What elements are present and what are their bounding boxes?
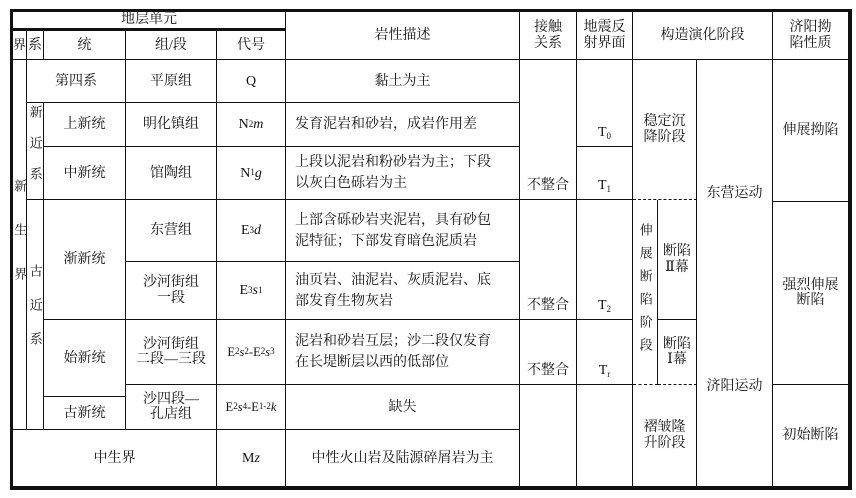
cell-formation-guantao: 馆陶组 (126, 147, 217, 200)
header-seismic: 地震反 射界面 (577, 12, 633, 60)
cell-stage-extensional-rifting: 伸展断陷阶段 (633, 200, 658, 385)
cell-contact-empty (520, 385, 577, 487)
header-contact: 接触 关系 (520, 12, 577, 60)
cell-series-paleocene: 古新统 (44, 397, 126, 430)
cell-code-shahejie-23: E2s2-E2s3 (217, 320, 286, 385)
cell-lithology-minghuazhen: 发育泥岩和砂岩，成岩作用差 (286, 103, 520, 147)
cell-series-oligocene: 渐新统 (44, 200, 126, 320)
label-dongying-movement: 东营运动 (697, 186, 772, 203)
cell-nature-extension-sag: 伸展拗陷 (773, 60, 849, 202)
cell-system-quaternary: 第四系 (27, 60, 126, 103)
cell-series-miocene: 中新统 (44, 147, 126, 200)
header-formation: 组/段 (126, 31, 217, 60)
cell-rift-episode-2: 断陷 Ⅱ幕 (658, 200, 697, 320)
cell-stage-stable-subsidence: 稳定沉 降阶段 (633, 60, 697, 200)
cell-lithology-pingyuan: 黏土为主 (286, 60, 520, 103)
cell-formation-minghuazhen: 明化镇组 (126, 103, 217, 147)
cell-nature-initial-rifting: 初始断陷 (773, 385, 849, 487)
cell-code-mesozoic: Mz (217, 430, 286, 487)
cell-contact-unconformity-3: 不整合 (520, 320, 577, 385)
cell-tectonic-movements: 东营运动 济阳运动 (697, 60, 773, 487)
cell-formation-sha4-kongdian: 沙四段— 孔店组 (126, 385, 217, 430)
cell-seismic-t1: T1 (577, 147, 633, 200)
header-tectonic: 构造演化阶段 (633, 12, 773, 60)
cell-formation-pingyuan: 平原组 (126, 60, 217, 103)
cell-era-mesozoic: 中生界 (13, 430, 217, 487)
cell-lithology-shahejie-1: 油页岩、油泥岩、灰质泥岩、底 部发育生物灰岩 (286, 262, 520, 320)
header-code: 代号 (217, 31, 286, 60)
cell-formation-dongying: 东营组 (126, 200, 217, 262)
cell-code-dongying: E3d (217, 200, 286, 262)
header-era: 界 (13, 31, 27, 60)
cell-contact-unconformity-1: 不整合 (520, 60, 577, 200)
header-strat-unit: 地层单元 (13, 12, 286, 31)
cell-formation-shahejie-23: 沙河街组 二段—三段 (126, 320, 217, 385)
cell-seismic-t2: T2 (577, 200, 633, 320)
cell-system-neogene: 新近系 (27, 103, 44, 200)
cell-lithology-mesozoic: 中性火山岩及陆源碎屑岩为主 (286, 430, 520, 487)
cell-code-sha4-kongdian: E2s4-E1-2k (217, 385, 286, 430)
cell-system-paleogene: 古近系 (27, 200, 44, 430)
cell-series-eocene: 始新统 (44, 320, 126, 397)
cell-lithology-missing: 缺失 (286, 385, 520, 430)
header-nature: 济阳拗 陷性质 (773, 12, 849, 60)
cell-lithology-shahejie-23: 泥岩和砂岩互层；沙二段仅发育 在长堤断层以西的低部位 (286, 320, 520, 385)
cell-formation-shahejie-1: 沙河街组 一段 (126, 262, 217, 320)
cell-lithology-dongying: 上部含砾砂岩夹泥岩，具有砂包 泥特征；下部发育暗色泥质岩 (286, 200, 520, 262)
cell-code-guantao: N1g (217, 147, 286, 200)
cell-code-minghuazhen: N2m (217, 103, 286, 147)
cell-lithology-guantao: 上段以泥岩和粉砂岩为主；下段 以灰白色砾岩为主 (286, 147, 520, 200)
cell-seismic-t0: T0 (577, 60, 633, 147)
cell-nature-intense-rifting: 强烈伸展 断陷 (773, 202, 849, 385)
cell-code-quaternary: Q (217, 60, 286, 103)
label-jiyang-movement: 济阳运动 (697, 379, 772, 396)
stratigraphic-table: 地层单元 界 系 统 组/段 代号 岩性描述 接触 关系 地震反 射界面 构造演… (10, 9, 852, 490)
cell-code-shahejie-1: E3s1 (217, 262, 286, 320)
cell-contact-unconformity-2: 不整合 (520, 200, 577, 320)
cell-series-pliocene: 上新统 (44, 103, 126, 147)
header-series: 统 (44, 31, 126, 60)
header-system: 系 (27, 31, 44, 60)
cell-seismic-tr: Tr (577, 320, 633, 385)
cell-stage-fold-uplift: 褶皱隆 升阶段 (633, 385, 697, 487)
header-lithology: 岩性描述 (286, 12, 520, 60)
cell-seismic-empty (577, 385, 633, 487)
cell-rift-episode-1: 断陷 Ⅰ幕 (658, 320, 697, 385)
